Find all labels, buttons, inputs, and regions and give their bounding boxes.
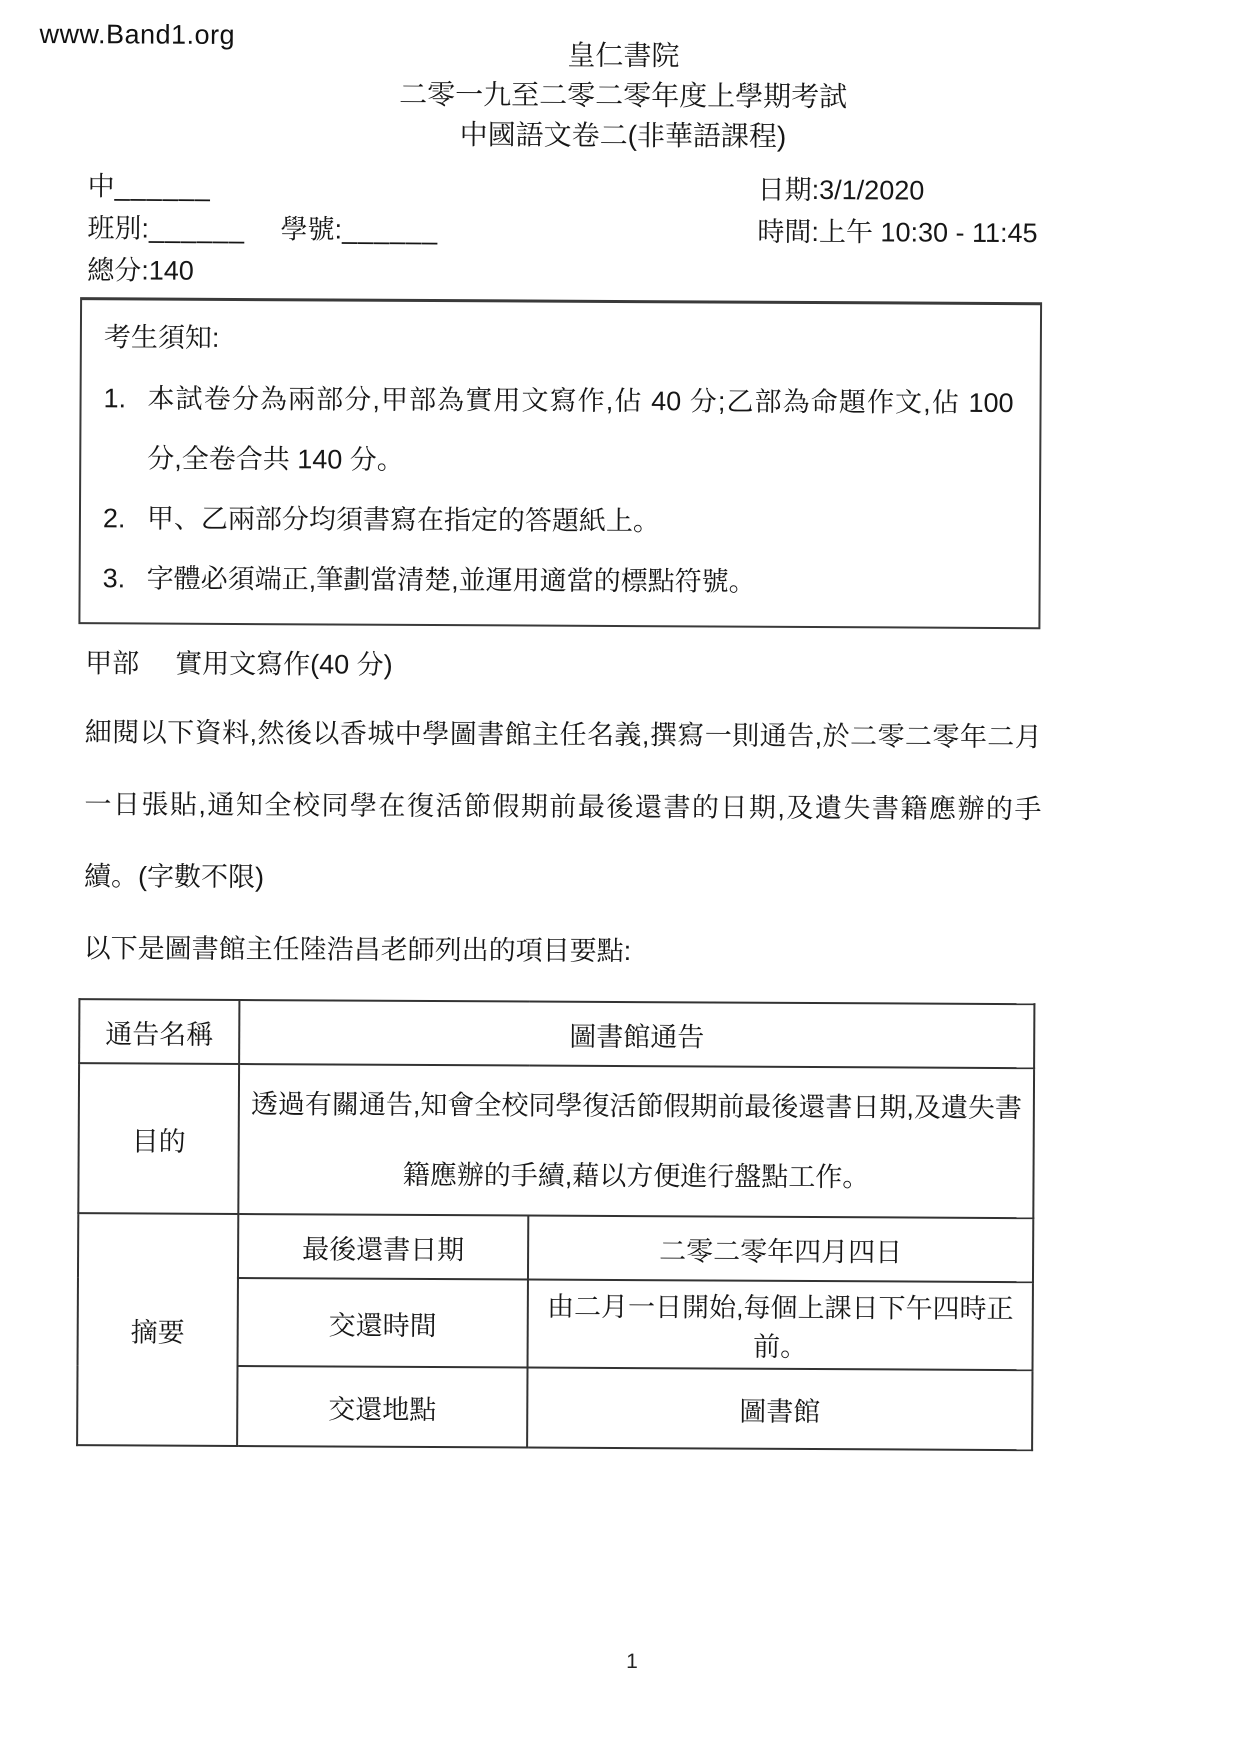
- section-a-label: 甲部: [85, 640, 175, 686]
- notice-name-value-cell: 圖書館通告: [239, 1000, 1034, 1068]
- total-marks-value: 140: [149, 256, 194, 286]
- notice-item: 3. 字體必須端正,筆劃當清楚,並運用適當的標點符號。: [102, 548, 1012, 613]
- notice-name-label-cell: 通告名稱: [79, 999, 239, 1064]
- site-watermark: www.Band1.org: [39, 19, 235, 51]
- summary-key-cell: 交還地點: [237, 1366, 527, 1448]
- summary-label-cell: 摘要: [77, 1213, 238, 1446]
- document-header: 皇仁書院 二零一九至二零二零年度上學期考試 中國語文卷二(非華語課程): [3, 33, 1240, 159]
- notice-item-number: 1.: [103, 368, 148, 488]
- notice-list: 1. 本試卷分為兩部分,甲部為實用文寫作,佔 40 分;乙部為命題作文,佔 10…: [102, 368, 1013, 613]
- class-student-row: 班別:______ 學號:______: [87, 207, 757, 253]
- form-label: 中: [88, 171, 115, 201]
- form-blank-field: ______: [115, 171, 211, 202]
- time-label: 時間:: [757, 217, 819, 247]
- section-a-instruction: 細閱以下資料,然後以香城中學圖書館主任名義,撰寫一則通告,於二零二零年二月一日張…: [84, 696, 1042, 917]
- notice-points-table: 通告名稱 圖書館通告 目的 透過有關通告,知會全校同學復活節假期前最後還書日期,…: [76, 998, 1035, 1451]
- date-value: 3/1/2020: [819, 175, 924, 206]
- summary-key-cell: 交還時間: [238, 1278, 528, 1368]
- date-row: 日期:3/1/2020: [758, 169, 1043, 212]
- table-row-purpose: 目的 透過有關通告,知會全校同學復活節假期前最後還書日期,及遺失書籍應辦的手續,…: [78, 1063, 1034, 1218]
- summary-value-cell: 二零二零年四月四日: [528, 1216, 1033, 1283]
- notice-item-number: 3.: [102, 548, 146, 608]
- section-a-title: 實用文寫作(40 分): [175, 641, 393, 688]
- notice-item: 2. 甲、乙兩部分均須書寫在指定的答題紙上。: [103, 488, 1013, 553]
- paper-title: 中國語文卷二(非華語課程): [3, 113, 1240, 159]
- notice-item-text: 本試卷分為兩部分,甲部為實用文寫作,佔 40 分;乙部為命題作文,佔 100 分…: [147, 369, 1014, 494]
- form-row: 中______: [88, 165, 758, 211]
- total-marks-label: 總分:: [87, 255, 149, 285]
- scanned-exam-page: www.Band1.org 皇仁書院 二零一九至二零二零年度上學期考試 中國語文…: [0, 0, 1240, 1754]
- table-row-notice-name: 通告名稱 圖書館通告: [79, 999, 1034, 1068]
- total-marks-row: 總分:140: [87, 249, 757, 295]
- notice-item-text: 字體必須端正,筆劃當清楚,並運用適當的標點符號。: [146, 549, 1012, 614]
- section-a-heading: 甲部 實用文寫作(40 分): [85, 640, 1240, 692]
- class-label: 班別:: [87, 213, 149, 243]
- date-label: 日期:: [758, 175, 820, 205]
- student-no-label: 學號:: [281, 214, 343, 244]
- purpose-value-cell: 透過有關通告,知會全校同學復活節假期前最後還書日期,及遺失書籍應辦的手續,藉以方…: [238, 1064, 1034, 1218]
- summary-key-cell: 最後還書日期: [238, 1214, 528, 1280]
- summary-value-cell: 由二月一日開始,每個上課日下午四時正前。: [528, 1280, 1033, 1371]
- table-row-summary-1: 摘要 最後還書日期 二零二零年四月四日: [78, 1213, 1033, 1282]
- page-number: 1: [626, 1650, 638, 1674]
- candidate-info-block: 中______ 班別:______ 學號:______ 總分:140 日期:3/…: [87, 165, 1043, 296]
- notice-title: 考生須知:: [104, 316, 1014, 363]
- purpose-label-cell: 目的: [78, 1063, 239, 1214]
- notice-item: 1. 本試卷分為兩部分,甲部為實用文寫作,佔 40 分;乙部為命題作文,佔 10…: [103, 368, 1014, 493]
- candidate-info-right: 日期:3/1/2020 時間:上午 10:30 - 11:45: [757, 169, 1043, 296]
- student-no-blank-field: ______: [342, 215, 438, 246]
- candidate-info-left: 中______ 班別:______ 學號:______ 總分:140: [87, 165, 758, 295]
- time-row: 時間:上午 10:30 - 11:45: [757, 211, 1042, 254]
- notice-item-number: 2.: [103, 488, 147, 548]
- class-blank-field: ______: [149, 214, 245, 245]
- time-value: 上午 10:30 - 11:45: [819, 217, 1038, 248]
- candidate-notice-box: 考生須知: 1. 本試卷分為兩部分,甲部為實用文寫作,佔 40 分;乙部為命題作…: [78, 297, 1042, 629]
- notice-item-text: 甲、乙兩部分均須書寫在指定的答題紙上。: [147, 489, 1013, 554]
- summary-value-cell: 圖書館: [527, 1368, 1032, 1451]
- table-lead-in: 以下是圖書館主任陸浩昌老師列出的項目要點:: [84, 912, 1041, 989]
- exam-title: 二零一九至二零二零年度上學期考試: [3, 73, 1240, 119]
